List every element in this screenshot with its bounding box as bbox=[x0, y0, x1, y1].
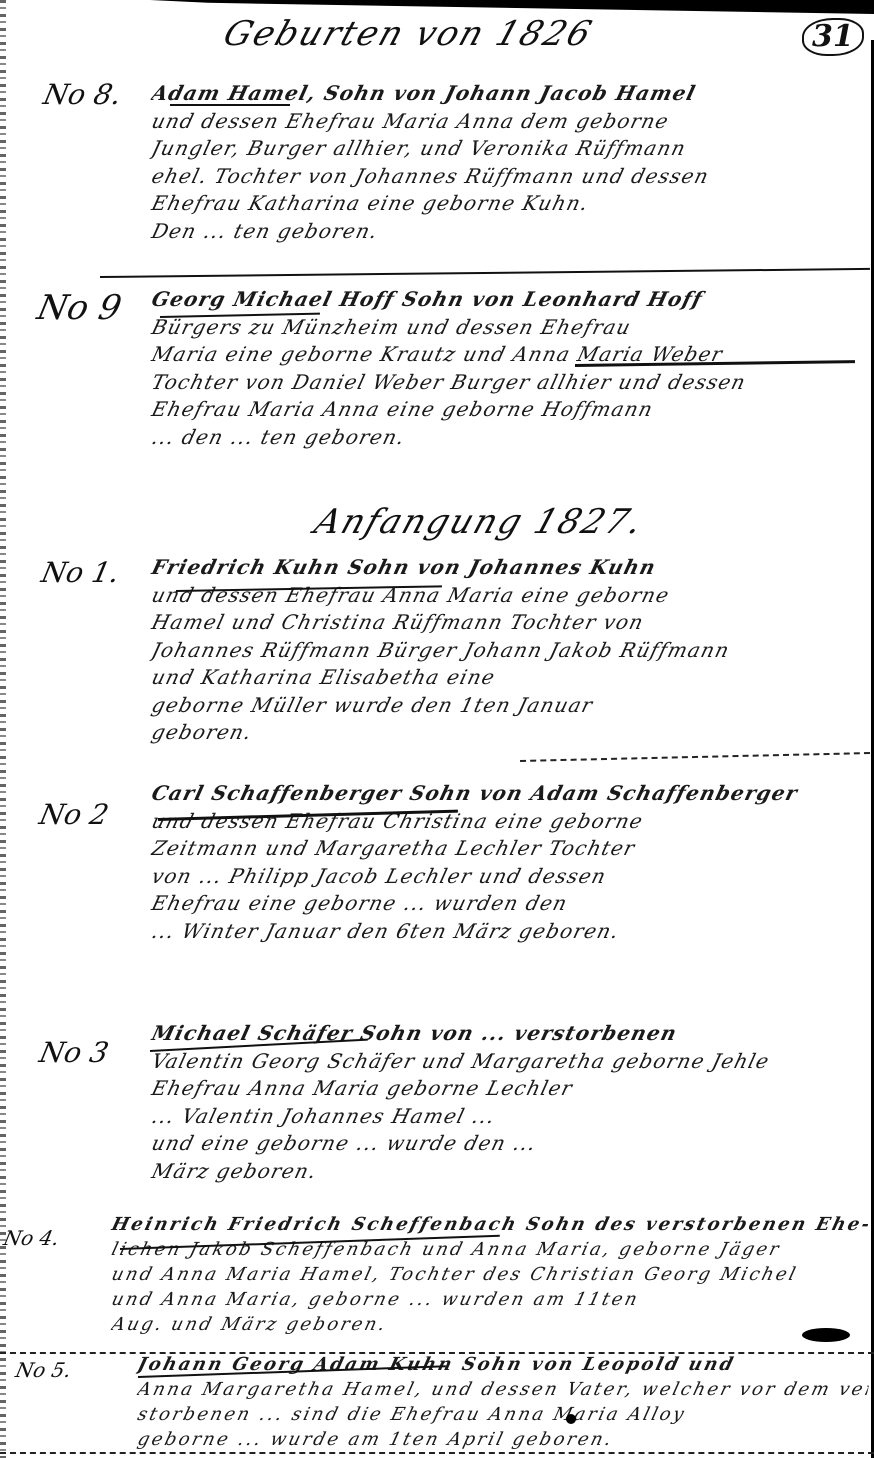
entry-line: Johannes Rüffmann Bürger Johann Jakob Rü… bbox=[149, 637, 872, 665]
scan-top-edge bbox=[150, 0, 874, 14]
page-number: 31 bbox=[802, 18, 864, 56]
entry-line: Jungler, Burger allhier, und Veronika Rü… bbox=[149, 135, 872, 163]
entry-line: Ehefrau eine geborne ... wurden den bbox=[149, 890, 872, 918]
entry-line: geborne ... wurde am 1ten April geboren. bbox=[135, 1427, 871, 1452]
entry-line: und dessen Ehefrau Christina eine geborn… bbox=[149, 808, 872, 836]
entry-line: Den ... ten geboren. bbox=[149, 218, 872, 246]
entry-line: Heinrich Friedrich Scheffenbach Sohn des… bbox=[109, 1212, 871, 1237]
entry-divider bbox=[520, 752, 870, 762]
page-bottom-rule bbox=[0, 1452, 874, 1454]
register-entry: Carl Schaffenberger Sohn von Adam Schaff… bbox=[152, 780, 868, 945]
entry-line: und Katharina Elisabetha eine bbox=[149, 664, 872, 692]
entry-number: No 9 bbox=[34, 288, 125, 328]
entry-line: Aug. und März geboren. bbox=[109, 1312, 871, 1337]
entry-line: ... Valentin Johannes Hamel ... bbox=[149, 1103, 872, 1131]
entry-line: Hamel und Christina Rüffmann Tochter von bbox=[149, 609, 872, 637]
entry-number: No 1. bbox=[38, 556, 122, 589]
entry-line: und eine geborne ... wurde den ... bbox=[149, 1130, 872, 1158]
entry-line: Ehefrau Anna Maria geborne Lechler bbox=[149, 1075, 872, 1103]
entry-line: Valentin Georg Schäfer und Margaretha ge… bbox=[149, 1048, 872, 1076]
entry-line: Ehefrau Katharina eine geborne Kuhn. bbox=[149, 190, 872, 218]
entry-line: von ... Philipp Jacob Lechler und dessen bbox=[149, 863, 872, 891]
entry-line: und dessen Ehefrau Anna Maria eine gebor… bbox=[149, 582, 872, 610]
entry-line: Friedrich Kuhn Sohn von Johannes Kuhn bbox=[149, 554, 872, 582]
entry-line: ehel. Tochter von Johannes Rüffmann und … bbox=[149, 163, 872, 191]
entry-line: Ehefrau Maria Anna eine geborne Hoffmann bbox=[149, 396, 872, 424]
entry-number: No 4. bbox=[1, 1226, 61, 1250]
entry-line: März geboren. bbox=[149, 1158, 872, 1186]
entry-line: Georg Michael Hoff Sohn von Leonhard Hof… bbox=[149, 286, 872, 314]
register-entry: Heinrich Friedrich Scheffenbach Sohn des… bbox=[112, 1212, 868, 1337]
name-underline bbox=[170, 104, 290, 106]
entry-line: ... Winter Januar den 6ten März geboren. bbox=[149, 918, 872, 946]
entry-line: ... den ... ten geboren. bbox=[149, 424, 872, 452]
entry-line: und dessen Ehefrau Maria Anna dem geborn… bbox=[149, 108, 872, 136]
section-heading-1827: Anfangung 1827. bbox=[310, 502, 650, 542]
entry-number: No 2 bbox=[36, 798, 111, 831]
entry-divider bbox=[100, 268, 870, 278]
entry-line: geboren. bbox=[149, 719, 872, 747]
entry-line: und Anna Maria, geborne ... wurden am 11… bbox=[109, 1287, 871, 1312]
section-heading-1826: Geburten von 1826 bbox=[219, 14, 599, 54]
entry-line: Tochter von Daniel Weber Burger allhier … bbox=[149, 369, 872, 397]
entry-line: Anna Margaretha Hamel, und dessen Vater,… bbox=[135, 1377, 871, 1402]
entry-line: und Anna Maria Hamel, Tochter des Christ… bbox=[109, 1262, 871, 1287]
ink-blot bbox=[566, 1414, 576, 1424]
entry-number: No 8. bbox=[40, 78, 124, 111]
entry-number: No 3 bbox=[36, 1036, 111, 1069]
register-entry: Johann Georg Adam Kuhn Sohn von Leopold … bbox=[138, 1352, 868, 1452]
entry-line: Zeitmann und Margaretha Lechler Tochter bbox=[149, 835, 872, 863]
ink-blot bbox=[802, 1328, 850, 1342]
register-entry: Georg Michael Hoff Sohn von Leonhard Hof… bbox=[152, 286, 868, 451]
entry-line: Carl Schaffenberger Sohn von Adam Schaff… bbox=[149, 780, 872, 808]
entry-line: Bürgers zu Münzheim und dessen Ehefrau bbox=[149, 314, 872, 342]
register-entry: Friedrich Kuhn Sohn von Johannes Kuhn un… bbox=[152, 554, 868, 747]
entry-line: lichen Jakob Scheffenbach und Anna Maria… bbox=[109, 1237, 871, 1262]
entry-line: geborne Müller wurde den 1ten Januar bbox=[149, 692, 872, 720]
entry-line: storbenen ... sind die Ehefrau Anna Mari… bbox=[135, 1402, 871, 1427]
entry-number: No 5. bbox=[13, 1358, 73, 1382]
